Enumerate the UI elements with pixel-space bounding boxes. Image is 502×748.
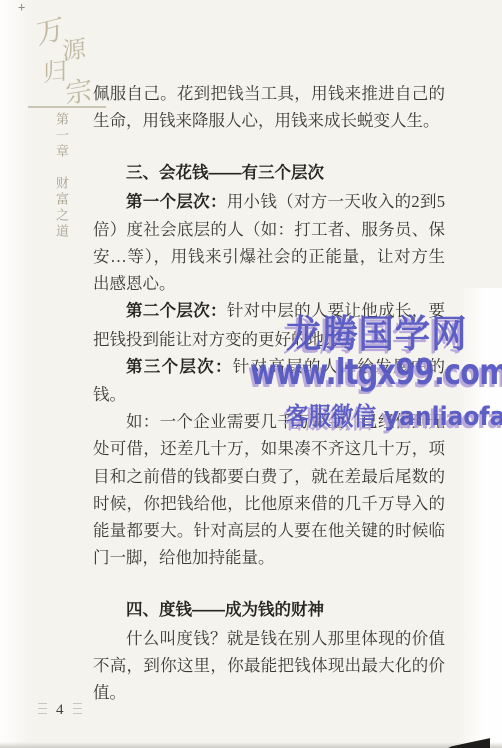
level-1-label: 第一个层次：: [126, 193, 227, 211]
page-number: 4: [56, 702, 64, 719]
level-3-label: 第三个层次：: [126, 358, 233, 376]
page-right-edge-highlight: [458, 288, 502, 748]
registration-mark: +: [18, 0, 25, 14]
page-bottom-shadow: [0, 742, 502, 748]
footer-ornament-left: [38, 703, 47, 717]
level-2-label: 第二个层次：: [126, 302, 227, 320]
paragraph-level-2: 第二个层次：针对中层的人要让他成长，要把钱投到能让对方变的更好的地方。: [93, 297, 445, 352]
stamp-char: 宗: [65, 67, 93, 111]
footer-ornament-right: [73, 703, 82, 717]
paragraph-continuation: 佩服自己。花到把钱当工具，用钱来推进自己的生命，用钱来降服人心，用钱来成长蜕变人…: [93, 80, 445, 134]
book-page-scan: + 万 源 归 宗 第一章 财富之道 佩服自己。花到把钱当工具，用钱来推进自己的…: [0, 0, 502, 748]
section-heading-four: 四、度钱——成为钱的财神: [93, 597, 445, 624]
body-text-column: 佩服自己。花到把钱当工具，用钱来推进自己的生命，用钱来降服人心，用钱来成长蜕变人…: [93, 80, 445, 706]
chapter-vertical-label: 第一章 财富之道: [52, 112, 71, 262]
page-left-edge-highlight: [0, 0, 34, 748]
paragraph-example: 如：一个企业需要几千万资金，已经借到无处可借，还差几十万，如果凑不齐这几十万，项…: [93, 408, 445, 571]
section-heading-three: 三、会花钱——有三个层次: [93, 160, 445, 187]
page-footer: 4: [38, 700, 82, 720]
paragraph-level-3: 第三个层次：针对高层的人，给发展中的钱。: [93, 353, 445, 408]
stamp-char: 万: [34, 7, 65, 54]
paragraph-closing: 什么叫度钱？就是钱在别人那里体现的价值不高，到你这里，你最能把钱体现出最大化的价…: [93, 625, 445, 707]
paragraph-level-1: 第一个层次：用小钱（对方一天收入的2到5倍）度社会底层的人（如：打工者、服务员、…: [93, 188, 445, 298]
stamp-char: 归: [43, 51, 67, 89]
